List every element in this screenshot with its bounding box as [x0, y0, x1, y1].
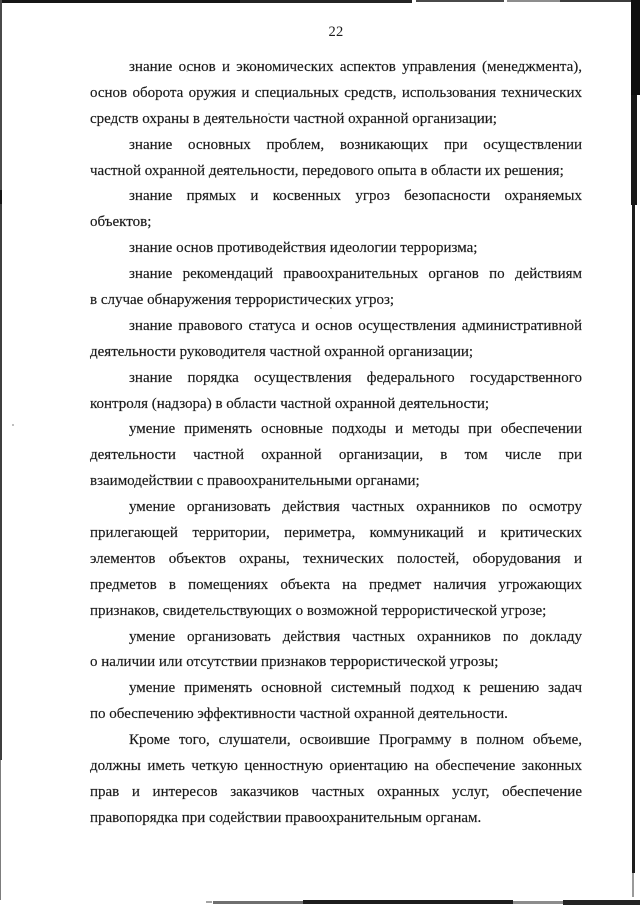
paragraph: знание правового статуса и основ осущест… — [90, 314, 582, 366]
scan-artifact-left — [0, 760, 1, 900]
scan-artifact-bottom — [303, 900, 513, 904]
text-line: знание основ противодействия идеологии т… — [90, 236, 582, 262]
paragraph: знание прямых и косвенных угроз безопасн… — [90, 184, 582, 236]
scan-artifact-left — [0, 204, 2, 760]
text-line: деятельности руководителя частной охранн… — [90, 340, 582, 366]
text-line: знание прямых и косвенных угроз безопасн… — [90, 184, 582, 210]
paragraph: знание порядка осуществления федеральног… — [90, 366, 582, 418]
text-line: предметов в помещениях объекта на предме… — [90, 573, 582, 599]
text-line: объектов; — [90, 210, 582, 236]
scan-artifact-right — [631, 0, 640, 95]
paragraph: умение организовать действия частных охр… — [90, 625, 582, 677]
text-line: знание правового статуса и основ осущест… — [90, 314, 582, 340]
text-line: знание рекомендаций правоохранительных о… — [90, 262, 582, 288]
text-line: о наличии или отсутствии признаков терро… — [90, 650, 582, 676]
text-line: умение применять основные подходы и мето… — [90, 417, 582, 443]
paragraph: умение организовать действия частных охр… — [90, 495, 582, 624]
paragraph: умение применять основной системный подх… — [90, 676, 582, 728]
text-line: Кроме того, слушатели, освоившие Програм… — [90, 728, 582, 754]
scan-artifact-left — [0, 0, 2, 190]
scan-artifact-top — [0, 0, 240, 3]
scan-artifact-bottom — [213, 901, 303, 904]
scan-artifact-bottom — [206, 901, 212, 903]
scan-artifact-top — [240, 0, 412, 3]
paragraph: знание рекомендаций правоохранительных о… — [90, 262, 582, 314]
text-line: по обеспечению эффективности частной охр… — [90, 702, 582, 728]
text-line: основ оборота оружия и специальных средс… — [90, 81, 582, 107]
text-line: признаков, свидетельствующих о возможной… — [90, 599, 582, 625]
text-line: знание основных проблем, возникающих при… — [90, 133, 582, 159]
page-number: 22 — [90, 24, 582, 41]
scan-speck — [12, 424, 14, 426]
document-page: 22 знание основ и экономических аспектов… — [0, 0, 640, 905]
text-line: контроля (надзора) в области частной охр… — [90, 392, 582, 418]
text-line: умение применять основной системный подх… — [90, 676, 582, 702]
text-line: знание основ и экономических аспектов уп… — [90, 55, 582, 81]
scan-artifact-right — [632, 205, 635, 873]
text-line: частной охранной деятельности, передовог… — [90, 159, 582, 185]
text-line: деятельности частной охранной организаци… — [90, 443, 582, 469]
paragraph: умение применять основные подходы и мето… — [90, 417, 582, 495]
text-line: правопорядка при содействии правоохранит… — [90, 806, 582, 832]
scan-artifact-right — [632, 873, 634, 897]
text-block: знание основ и экономических аспектов уп… — [90, 55, 582, 832]
text-line: знание порядка осуществления федеральног… — [90, 366, 582, 392]
text-line: прав и интересов заказчиков частных охра… — [90, 780, 582, 806]
scan-artifact-top — [560, 0, 632, 2]
text-line: умение организовать действия частных охр… — [90, 495, 582, 521]
text-line: средств охраны в деятельности частной ох… — [90, 107, 582, 133]
scan-artifact-right — [631, 95, 637, 205]
text-line: прилегающей территории, периметра, комму… — [90, 521, 582, 547]
scan-artifact-bottom — [513, 901, 563, 904]
text-line: умение организовать действия частных охр… — [90, 625, 582, 651]
text-line: взаимодействии с правоохранительными орг… — [90, 469, 582, 495]
paragraph: знание основных проблем, возникающих при… — [90, 133, 582, 185]
text-line: в случае обнаружения террористических уг… — [90, 288, 582, 314]
text-line: должны иметь четкую ценностную ориентаци… — [90, 754, 582, 780]
paragraph: знание основ и экономических аспектов уп… — [90, 55, 582, 133]
scan-artifact-bottom — [563, 900, 640, 905]
scan-artifact-top — [416, 0, 504, 2]
scan-artifact-top — [507, 0, 560, 2]
paragraph: Кроме того, слушатели, освоившие Програм… — [90, 728, 582, 832]
paragraph: знание основ противодействия идеологии т… — [90, 236, 582, 262]
scan-artifact-left — [0, 190, 2, 204]
text-line: элементов объектов охраны, технических п… — [90, 547, 582, 573]
